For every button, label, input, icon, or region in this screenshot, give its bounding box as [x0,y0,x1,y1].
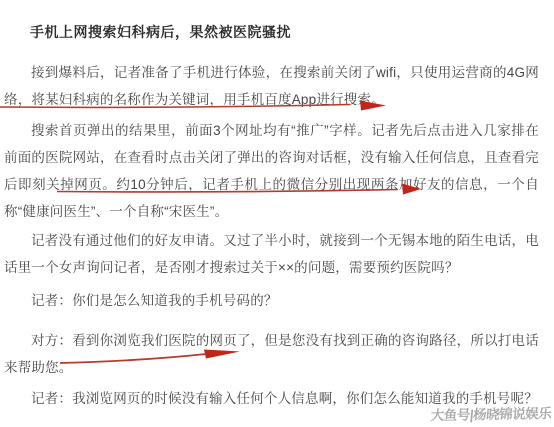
article-paragraph-4: 记者：你们是怎么知道我的手机号码的？ [0,287,554,314]
article-paragraph-2: 搜索首页弹出的结果里，前面3个网址均有“推广”字样。记者先后点击进入几家排在前面… [0,117,554,225]
article-paragraph-1: 接到爆料后，记者准备了手机进行体验，在搜索前关闭了wifi，只使用运营商的4G网… [0,59,554,113]
article-paragraph-5: 对方：看到你浏览我们医院的网页了，但是您没有找到正确的咨询路径，所以打电话来帮助… [0,327,554,381]
watermark: 大鱼号|杨晓锦说娱乐 [430,402,552,424]
article-page: 手机上网搜索妇科病后，果然被医院骚扰 接到爆料后，记者准备了手机进行体验，在搜索… [0,0,554,427]
page-title: 手机上网搜索妇科病后，果然被医院骚扰 [30,24,540,40]
article-paragraph-3: 记者没有通过他们的好友申请。又过了半小时，就接到一个无锡本地的陌生电话，电话里一… [0,227,554,281]
